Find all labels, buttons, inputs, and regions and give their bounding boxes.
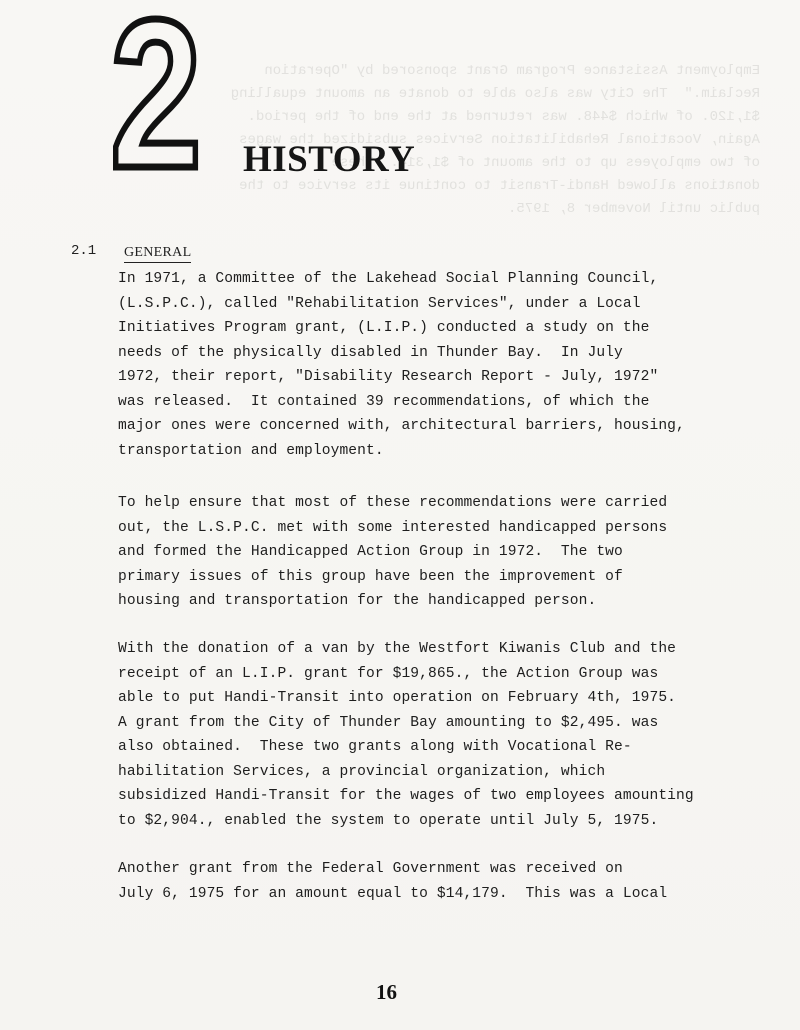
paragraph-handi-transit-funding: With the donation of a van by the Westfo… (118, 637, 768, 833)
chapter-title: HISTORY (243, 138, 415, 181)
page-number: 16 (376, 980, 397, 1005)
paragraph-committee-study: In 1971, a Committee of the Lakehead Soc… (118, 267, 768, 463)
paragraph-action-group: To help ensure that most of these recomm… (118, 491, 768, 614)
section-heading: GENERAL (124, 245, 191, 263)
section-number: 2.1 (71, 243, 96, 259)
paragraph-federal-grant: Another grant from the Federal Governmen… (118, 857, 768, 906)
document-page: Employment Assistance Program Grant spon… (0, 0, 800, 1030)
chapter-numeral: 2 (110, 0, 202, 194)
